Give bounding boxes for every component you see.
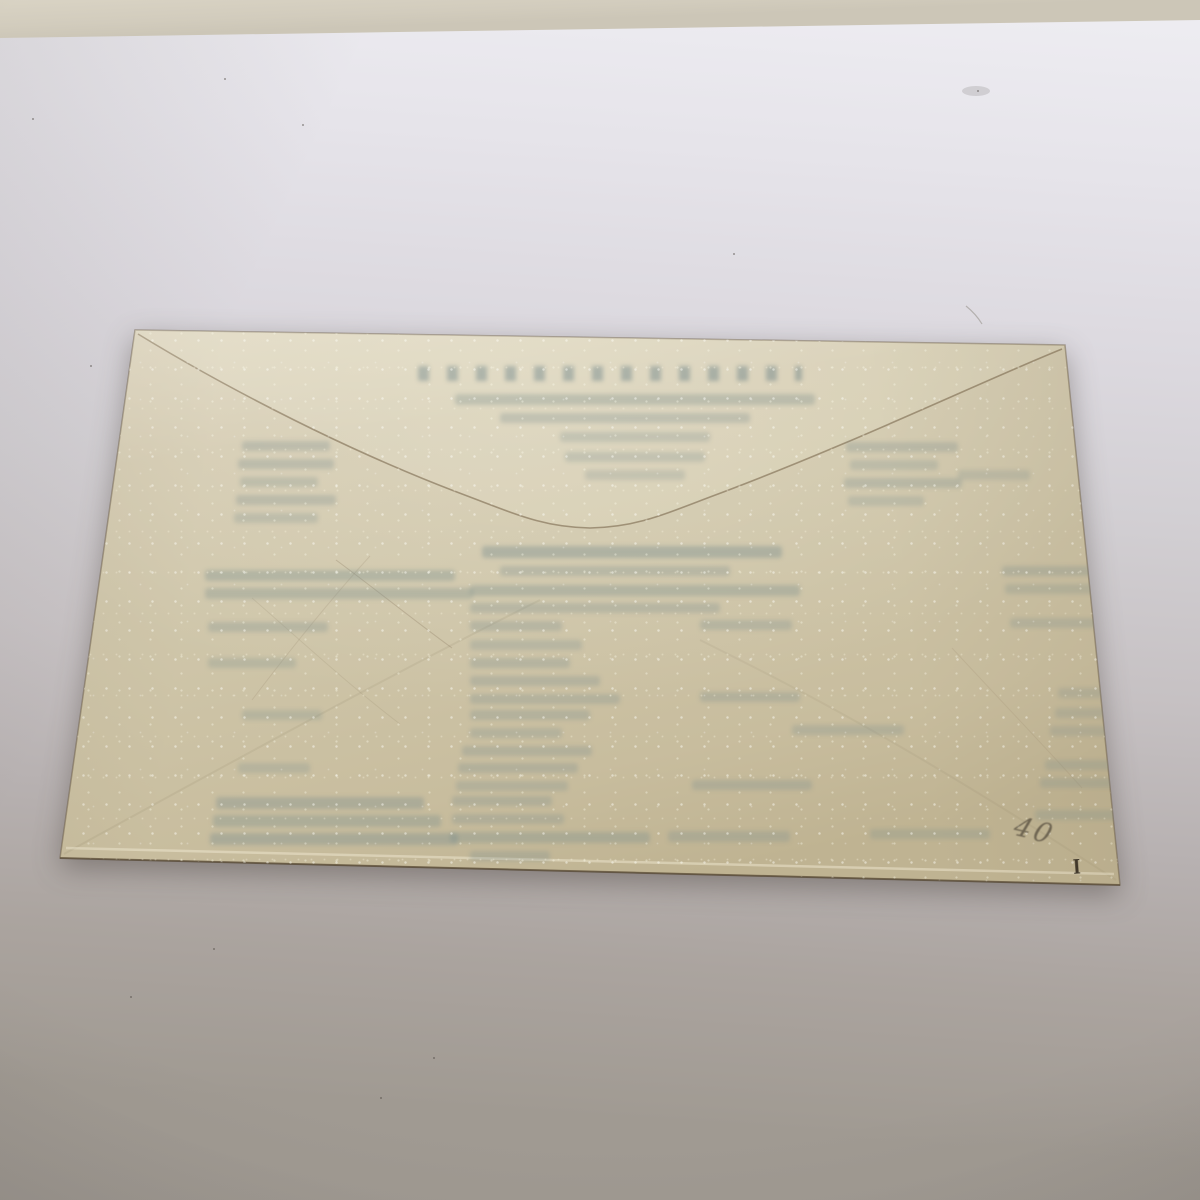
dust-speck bbox=[32, 118, 34, 120]
dust-speck bbox=[130, 996, 132, 998]
dust-speck bbox=[213, 948, 215, 950]
dust-speck bbox=[224, 78, 226, 80]
gray-smudge bbox=[962, 86, 990, 96]
dust-speck bbox=[90, 365, 92, 367]
photo-scene: 40 I bbox=[0, 0, 1200, 1200]
dust-speck bbox=[433, 1057, 435, 1059]
photo-canvas: { "scene": { "subject": "back of a seale… bbox=[0, 0, 1200, 1200]
dust-speck bbox=[380, 1097, 382, 1099]
dust-speck bbox=[733, 253, 735, 255]
hairline-scratch bbox=[966, 306, 982, 324]
dust-speck bbox=[302, 124, 304, 126]
dust-speck bbox=[977, 90, 979, 92]
paper-blemishes bbox=[0, 0, 1200, 1200]
